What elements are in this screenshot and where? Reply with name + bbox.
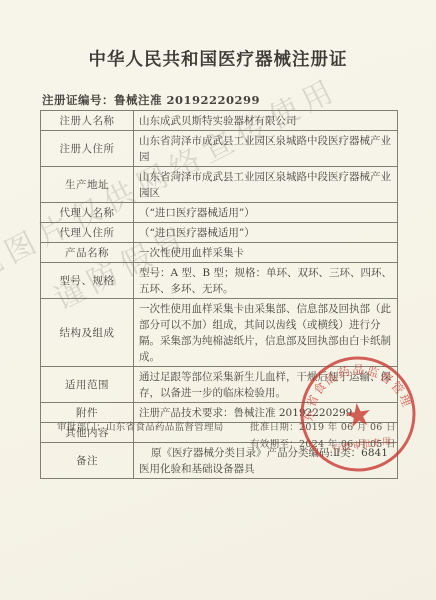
table-row: 生产地址 山东省菏泽市成武县工业园区泉城路中段医疗器械产业园区 (41, 167, 398, 203)
row-value: 山东成武贝斯特实验器材有限公司 (134, 111, 398, 131)
table-row: 适用范围 通过足跟等部位采集新生儿血样，干燥后便于运输、保存，以备进一步的临床检… (41, 367, 398, 403)
row-label: 代理人名称 (41, 203, 134, 223)
row-value: （“进口医疗器械适用”） (134, 203, 398, 223)
table-row: 型号、规格 型号：A 型、B 型；规格：单环、双环、三环、四环、五环、多环、无环… (41, 263, 398, 299)
row-label: 注册人住所 (41, 131, 134, 167)
table-row: 结构及组成 一次性使用血样采集卡由采集部、信息部及回执部（此部分可以不加）组成，… (41, 299, 398, 367)
row-label: 产品名称 (41, 243, 134, 263)
row-label: 注册人名称 (41, 111, 134, 131)
row-value: 一次性使用血样采集卡由采集部、信息部及回执部（此部分可以不加）组成，其间以齿线（… (134, 299, 398, 367)
certificate-number: 注册证编号：鲁械注准 20192220299 (42, 92, 260, 108)
table-row: 代理人住所 （“进口医疗器械适用”） (41, 223, 398, 243)
row-label: 适用范围 (41, 367, 134, 403)
table-row: 代理人名称 （“进口医疗器械适用”） (41, 203, 398, 223)
valid-until-date: 有效期至：2024 年 06 月 05 日 (250, 436, 396, 453)
row-value: 型号：A 型、B 型；规格：单环、双环、三环、四环、五环、多环、无环。 (134, 263, 398, 299)
table-row: 注册人名称 山东成武贝斯特实验器材有限公司 (41, 111, 398, 131)
row-value: 一次性使用血样采集卡 (134, 243, 398, 263)
certificate-page: 此图片仅供网络宣传使用 谨防假冒 中华人民共和国医疗器械注册证 注册证编号：鲁械… (0, 0, 436, 600)
row-value: （“进口医疗器械适用”） (134, 223, 398, 243)
row-label: 生产地址 (41, 167, 134, 203)
approval-department: 审批部门：山东省食品药品监督管理局 (57, 419, 224, 433)
table-row: 注册人住所 山东省菏泽市成武县工业园区泉城路中段医疗器械产业园 (41, 131, 398, 167)
row-value: 山东省菏泽市成武县工业园区泉城路中段医疗器械产业园区 (134, 167, 398, 203)
row-label: 备注 (41, 443, 134, 479)
row-value: 山东省菏泽市成武县工业园区泉城路中段医疗器械产业园 (134, 131, 398, 167)
row-label: 结构及组成 (41, 299, 134, 367)
table-row: 产品名称 一次性使用血样采集卡 (41, 243, 398, 263)
approval-date: 批准日期：2019 年 06 月 06 日 (250, 419, 396, 436)
date-block: 批准日期：2019 年 06 月 06 日 有效期至：2024 年 06 月 0… (250, 419, 396, 453)
page-title: 中华人民共和国医疗器械注册证 (0, 46, 436, 71)
row-value: 通过足跟等部位采集新生儿血样，干燥后便于运输、保存，以备进一步的临床检验用。 (134, 367, 398, 403)
row-label: 型号、规格 (41, 263, 134, 299)
row-label: 代理人住所 (41, 223, 134, 243)
